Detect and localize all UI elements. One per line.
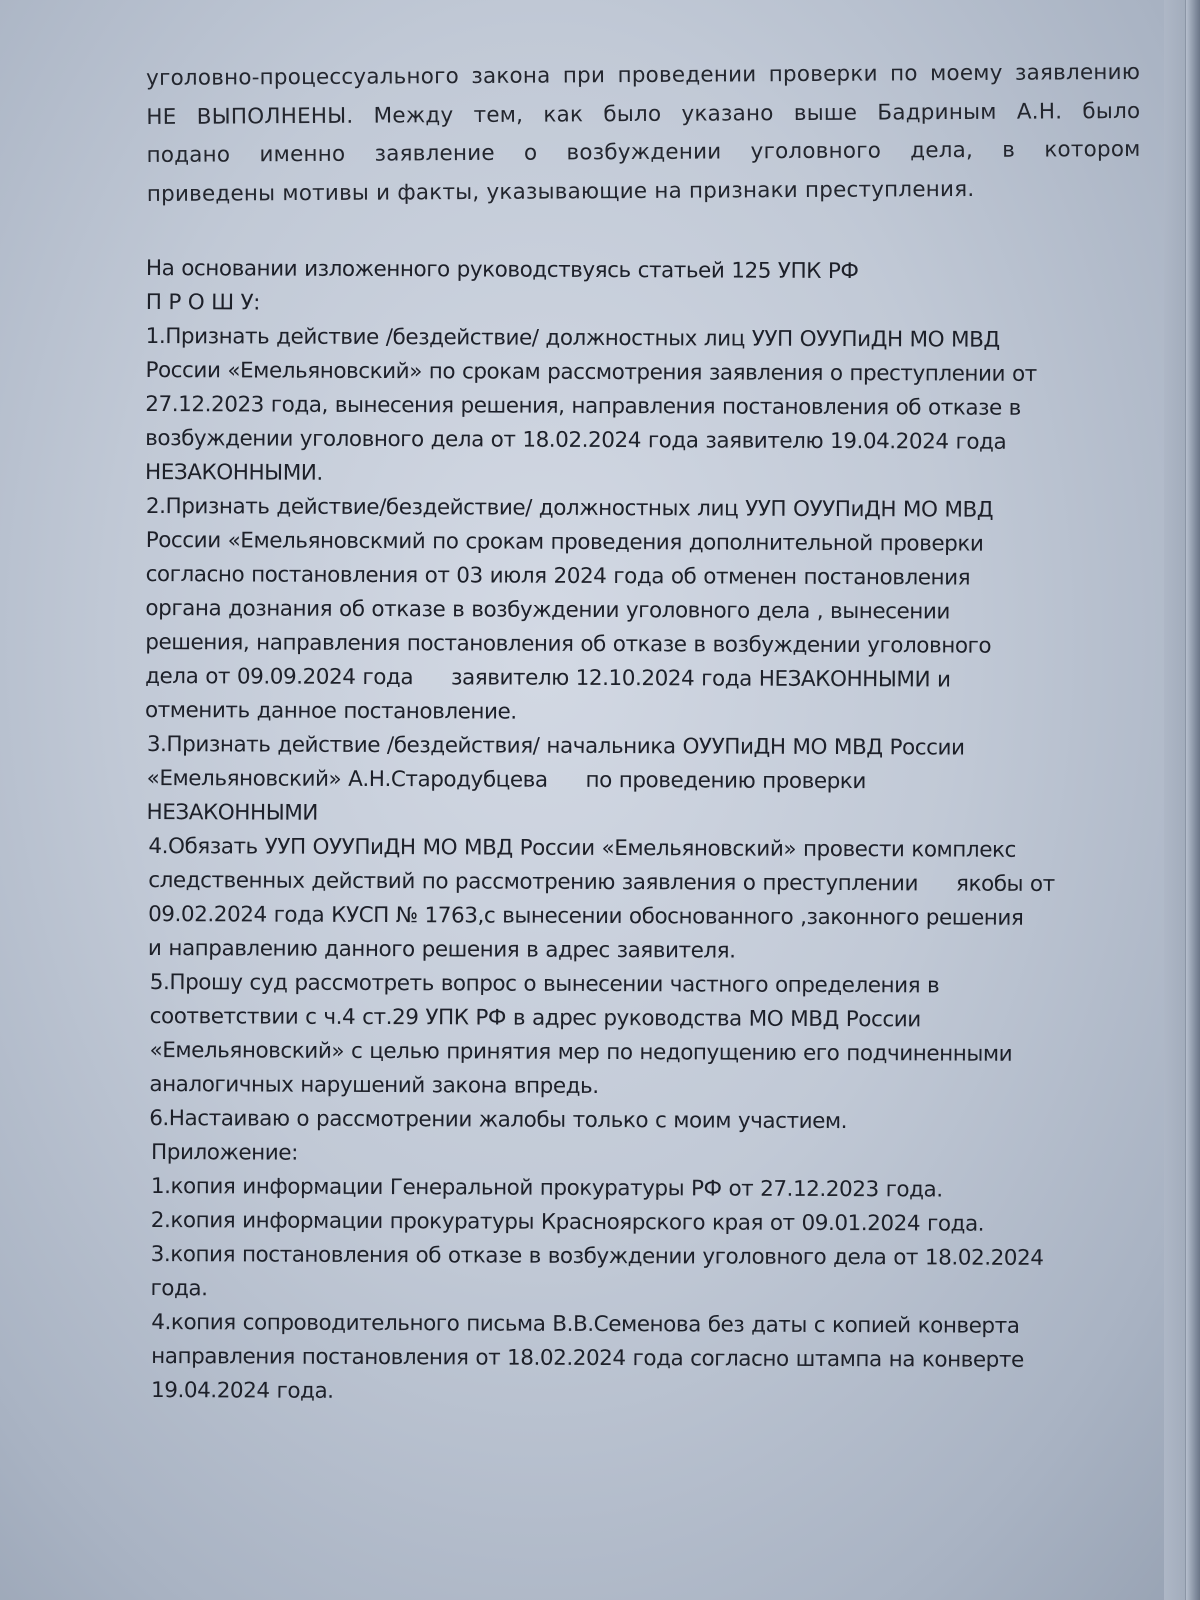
request-line: решения, направления постановления об от… <box>145 626 1124 664</box>
request-item-3: 3.Признать действие /бездействия/ началь… <box>143 728 1123 834</box>
request-line: согласно постановления от 03 июля 2024 г… <box>146 558 1125 596</box>
request-item-6: 6.Настаиваю о рассмотрении жалобы только… <box>142 1102 1122 1140</box>
request-line: органа дознания об отказе в возбуждении … <box>145 592 1124 630</box>
attachment-item-2: 2.копия информации прокуратуры Красноярс… <box>151 1204 1122 1242</box>
sheet-edge <box>1185 0 1200 1600</box>
request-item-2: 2.Признать действие/бездействие/ должнос… <box>144 490 1125 732</box>
request-line-part: заявителю 12.10.2024 года НЕЗАКОННЫМИ и <box>451 665 951 692</box>
request-line-part: дела от 09.09.2024 года <box>145 664 413 690</box>
document-photo: уголовно-процессуального закона при пров… <box>0 0 1200 1600</box>
intro-line: подано именно заявление о возбуждении уг… <box>146 131 1140 176</box>
request-line: НЕЗАКОННЫМИ <box>146 796 1123 834</box>
request-line: и направлению данного решения в адрес за… <box>148 932 1123 970</box>
request-line: «Емельяновский» с целью принятия мер по … <box>149 1034 1122 1072</box>
attachment-line: 2.копия информации прокуратуры Красноярс… <box>151 1204 1122 1242</box>
request-line: 2.Признать действие/бездействие/ должнос… <box>146 490 1125 528</box>
attachment-item-1: 1.копия информации Генеральной прокурату… <box>151 1170 1122 1208</box>
request-line: 09.02.2024 года КУСП № 1763,с вынесении … <box>148 898 1123 936</box>
request-line-part: «Емельяновский» А.Н.Стародубцева <box>147 766 548 793</box>
document-page: уголовно-процессуального закона при пров… <box>146 60 1126 1408</box>
attachment-line: направления постановления от 18.02.2024 … <box>151 1340 1121 1378</box>
attachments-section: Приложение: 1.копия информации Генеральн… <box>141 1136 1122 1412</box>
intro-line: НЕ ВЫПОЛНЕНЫ. Между тем, как было указан… <box>146 92 1140 137</box>
request-line: аналогичных нарушений закона впредь. <box>149 1068 1122 1106</box>
request-item-5: 5.Прошу суд рассмотреть вопрос о вынесен… <box>142 966 1123 1106</box>
request-line: 6.Настаиваю о рассмотрении жалобы только… <box>149 1102 1122 1140</box>
request-line: возбуждении уголовного дела от 18.02.202… <box>145 422 1125 460</box>
document-body: На основании изложенного руководствуясь … <box>141 252 1126 1412</box>
request-line: «Емельяновский» А.Н.Стародубцевапо прове… <box>147 762 1124 800</box>
intro-line: приведены мотивы и факты, указывающие на… <box>147 169 1141 214</box>
attachment-line: 19.04.2024 года. <box>151 1374 1121 1412</box>
request-line: отменить данное постановление. <box>145 694 1124 732</box>
request-line-part: по проведению проверки <box>586 768 866 794</box>
intro-line: уголовно-процессуального закона при пров… <box>146 54 1140 99</box>
request-line: России «Емельяновскмий по срокам проведе… <box>146 524 1125 562</box>
request-line-part: следственных действий по рассмотрению за… <box>148 868 918 896</box>
attachment-line: 3.копия постановления об отказе в возбуж… <box>151 1238 1122 1276</box>
request-line: 1.Признать действие /бездействие/ должно… <box>146 320 1126 358</box>
request-line: 3.Признать действие /бездействия/ началь… <box>147 728 1124 766</box>
request-line: 4.Обязать УУП ОУУПиДН МО МВД России «Еме… <box>148 830 1123 868</box>
attachment-line: 4.копия сопроводительного письма В.В.Сем… <box>151 1306 1121 1344</box>
request-line-part: якобы от <box>956 872 1055 897</box>
request-line: НЕЗАКОННЫМИ. <box>145 456 1125 494</box>
request-line: соответствии с ч.4 ст.29 УПК РФ в адрес … <box>150 1000 1123 1038</box>
attachment-item-3: 3.копия постановления об отказе в возбуж… <box>150 1238 1121 1310</box>
request-item-4: 4.Обязать УУП ОУУПиДН МО МВД России «Еме… <box>143 830 1124 970</box>
attachment-line: года. <box>150 1272 1121 1310</box>
request-line: 27.12.2023 года, вынесения решения, напр… <box>145 388 1125 426</box>
basis-line: На основании изложенного руководствуясь … <box>146 252 1126 290</box>
request-line: следственных действий по рассмотрению за… <box>148 864 1123 902</box>
intro-paragraph: уголовно-процессуального закона при пров… <box>146 54 1141 214</box>
attachments-heading: Приложение: <box>151 1136 1122 1174</box>
request-line: России «Емельяновский» по срокам рассмот… <box>145 354 1125 392</box>
request-line: 5.Прошу суд рассмотреть вопрос о вынесен… <box>150 966 1123 1004</box>
request-line: дела от 09.09.2024 годазаявителю 12.10.2… <box>145 660 1124 698</box>
attachment-item-4: 4.копия сопроводительного письма В.В.Сем… <box>150 1306 1121 1412</box>
request-item-1: 1.Признать действие /бездействие/ должно… <box>145 320 1126 494</box>
attachment-line: 1.копия информации Генеральной прокурату… <box>151 1170 1122 1208</box>
request-heading: П Р О Ш У: <box>146 286 1126 324</box>
